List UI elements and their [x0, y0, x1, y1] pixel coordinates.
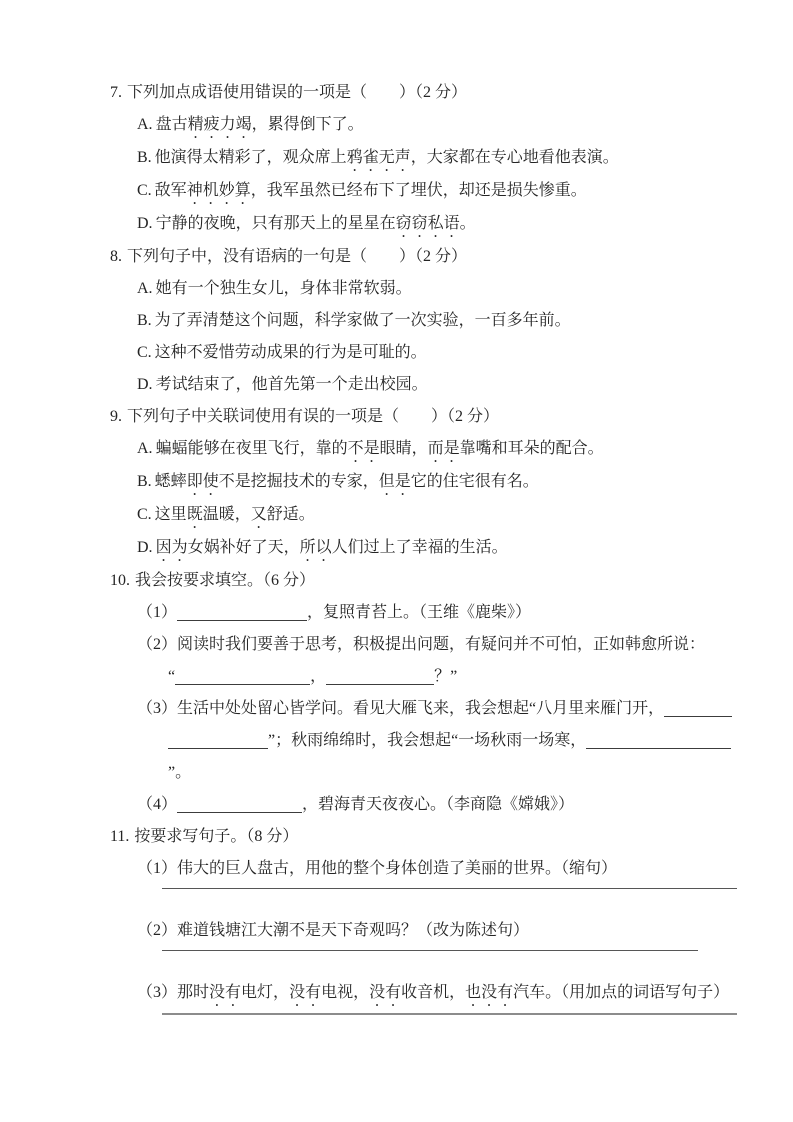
sub-item-2: （2）阅读时我们要善于思考，积极提出问题，有疑问并不可怕，正如韩愈所说：“，？”	[110, 629, 737, 693]
fill-in-blank	[664, 703, 732, 717]
option-label: C.	[137, 344, 152, 361]
option-label: B.	[137, 473, 152, 490]
emphasized-word: 既	[187, 506, 203, 523]
emphasized-word: 也没有	[465, 984, 513, 1001]
fill-in-blank	[326, 671, 434, 685]
question-number: 9.	[110, 401, 122, 433]
emphasized-word: 神机妙算	[187, 182, 251, 199]
text-run: 伟大的巨人盘古，用他的整个身体创造了美丽的世界。（缩句）	[177, 860, 617, 877]
text-run: ”。	[168, 764, 191, 781]
text-run: 那时	[177, 984, 209, 1001]
text-run: 电灯，	[241, 984, 289, 1001]
option-label: C.	[137, 182, 152, 199]
option-label: D.	[137, 376, 153, 393]
option-C: C.敌军神机妙算，我军虽然已经布下了埋伏，却还是损失惨重。	[110, 175, 737, 208]
sub-item-continuation-line: ”；秋雨绵绵时，我会想起“一场秋雨一场寒，”。	[137, 725, 737, 789]
option-B: B.蟋蟀即使不是挖掘技术的专家，但是它的住宅很有名。	[110, 466, 737, 499]
answer-writing-line	[162, 888, 737, 889]
option-C: C.这种不爱惜劳动成果的行为是可耻的。	[110, 337, 737, 369]
question-9: 9.下列句子中关联词使用有误的一项是（ ）（2 分）A.蝙蝠能够在夜里飞行，靠的…	[110, 401, 737, 565]
question-number: 11.	[110, 821, 129, 853]
sub-item-line: （2）阅读时我们要善于思考，积极提出问题，有疑问并不可怕，正如韩愈所说：	[137, 629, 737, 661]
question-stem: 9.下列句子中关联词使用有误的一项是（ ）（2 分）	[110, 401, 737, 433]
sub-item-line: （3）那时没有电灯，没有电视，没有收音机，也没有汽车。（用加点的词语写句子）	[137, 977, 737, 1010]
text-run: 不是挖掘技术的专家，	[219, 473, 379, 490]
option-label: A.	[137, 440, 153, 457]
text-run: 眼睛，	[380, 440, 428, 457]
emphasized-word: 没有	[209, 984, 241, 1001]
option-A: A.蝙蝠能够在夜里飞行，靠的不是眼睛，而是靠嘴和耳朵的配合。	[110, 433, 737, 466]
questions-area: 7.下列加点成语使用错误的一项是（ ）（2 分）A.盘古精疲力竭，累得倒下了。B…	[0, 0, 793, 1015]
sub-item-4: （4），碧海青天夜夜心。（李商隐《嫦娥》）	[110, 789, 737, 821]
option-label: A.	[137, 116, 153, 133]
option-A: A.她有一个独生女儿，身体非常软弱。	[110, 273, 737, 305]
question-stem: 8.下列句子中，没有语病的一句是（ ）（2 分）	[110, 241, 737, 273]
text-run: ，	[310, 668, 326, 685]
option-label: A.	[137, 280, 153, 297]
text-run: 人们过上了幸福的生活。	[332, 539, 508, 556]
text-run: 敌军	[155, 182, 187, 199]
option-label: D.	[137, 215, 153, 232]
emphasized-word: 没有	[289, 984, 321, 1001]
sub-item-1: （1），复照青苔上。（王维《鹿柴》）	[110, 597, 737, 629]
option-B: B.他演得太精彩了，观众席上鸦雀无声，大家都在专心地看他表演。	[110, 142, 737, 175]
text-run: 温暖，	[203, 506, 251, 523]
option-label: B.	[137, 312, 152, 329]
text-run: ，我军虽然已经布下了埋伏，却还是损失惨重。	[251, 182, 587, 199]
sub-item-label: （1）	[137, 604, 177, 621]
sub-item-2: （2）难道钱塘江大潮不是天下奇观吗？（改为陈述句）	[110, 915, 737, 951]
option-C: C.这里既温暖，又舒适。	[110, 499, 737, 532]
question-number: 8.	[110, 241, 122, 273]
text-run: 宁静的夜晚，只有那天上的星星在	[156, 215, 396, 232]
question-stem-text: 下列句子中，没有语病的一句是（ ）（2 分）	[127, 248, 467, 265]
question-8: 8.下列句子中，没有语病的一句是（ ）（2 分）A.她有一个独生女儿，身体非常软…	[110, 241, 737, 401]
text-run: ，累得倒下了。	[252, 116, 364, 133]
text-run: 这种不爱惜劳动成果的行为是可耻的。	[155, 344, 427, 361]
option-D: D.因为女娲补好了天，所以人们过上了幸福的生活。	[110, 532, 737, 565]
question-stem: 7.下列加点成语使用错误的一项是（ ）（2 分）	[110, 77, 737, 109]
question-stem-text: 按要求写句子。（8 分）	[134, 828, 298, 845]
text-run: 盘古	[156, 116, 188, 133]
sub-item-line: （4），碧海青天夜夜心。（李商隐《嫦娥》）	[137, 789, 737, 821]
text-run: 这里	[155, 506, 187, 523]
text-run: 靠嘴和耳朵的配合。	[460, 440, 604, 457]
question-10: 10.我会按要求填空。（6 分）（1），复照青苔上。（王维《鹿柴》）（2）阅读时…	[110, 565, 737, 821]
fill-in-blank	[175, 671, 310, 685]
fill-in-blank	[168, 735, 268, 749]
emphasized-word: 精疲力竭	[188, 116, 252, 133]
sub-item-label: （2）	[137, 922, 177, 939]
emphasized-word: 即使	[187, 473, 219, 490]
sub-item-line: （2）难道钱塘江大潮不是天下奇观吗？（改为陈述句）	[137, 915, 737, 947]
answer-writing-line	[162, 1013, 737, 1015]
text-run: ，大家都在专心地看他表演。	[411, 149, 619, 166]
text-run: 生活中处处留心皆学问。看见大雁飞来，我会想起“八月里来雁门开，	[177, 700, 664, 717]
sub-item-line: （3）生活中处处留心皆学问。看见大雁飞来，我会想起“八月里来雁门开，	[137, 693, 737, 725]
question-11: 11.按要求写句子。（8 分）（1）伟大的巨人盘古，用他的整个身体创造了美丽的世…	[110, 821, 737, 1015]
text-run: 为了弄清楚这个问题，科学家做了一次实验，一百多年前。	[155, 312, 571, 329]
emphasized-word: 所以	[300, 539, 332, 556]
text-run: “	[168, 668, 175, 685]
emphasized-word: 鸦雀无声	[347, 149, 411, 166]
sub-item-3: （3）生活中处处留心皆学问。看见大雁飞来，我会想起“八月里来雁门开，”；秋雨绵绵…	[110, 693, 737, 789]
option-B: B.为了弄清楚这个问题，科学家做了一次实验，一百多年前。	[110, 305, 737, 337]
text-run: 难道钱塘江大潮不是天下奇观吗？（改为陈述句）	[177, 922, 529, 939]
exam-paper-page: 7.下列加点成语使用错误的一项是（ ）（2 分）A.盘古精疲力竭，累得倒下了。B…	[0, 0, 793, 1122]
text-run: 考试结束了，他首先第一个走出校园。	[156, 376, 428, 393]
emphasized-word: 窃窃私语	[396, 215, 460, 232]
text-run: 舒适。	[267, 506, 315, 523]
sub-item-label: （3）	[137, 984, 177, 1001]
text-run: 他演得太精彩了，观众席上	[155, 149, 347, 166]
sub-item-continuation-line: “，？”	[137, 661, 737, 693]
text-run: 阅读时我们要善于思考，积极提出问题，有疑问并不可怕，正如韩愈所说：	[177, 636, 705, 653]
emphasized-word: 因为	[156, 539, 188, 556]
emphasized-word: 但是	[379, 473, 411, 490]
text-run: 汽车。（用加点的词语写句子）	[513, 984, 729, 1001]
sub-item-label: （4）	[137, 796, 177, 813]
question-number: 7.	[110, 77, 122, 109]
option-label: C.	[137, 506, 152, 523]
fill-in-blank	[177, 799, 302, 813]
text-run: ，复照青苔上。（王维《鹿柴》）	[307, 604, 531, 621]
option-D: D.宁静的夜晚，只有那天上的星星在窃窃私语。	[110, 208, 737, 241]
emphasized-word: 而是	[428, 440, 460, 457]
sub-item-line: （1）伟大的巨人盘古，用他的整个身体创造了美丽的世界。（缩句）	[137, 853, 737, 885]
option-label: D.	[137, 539, 153, 556]
emphasized-word: 不是	[348, 440, 380, 457]
question-stem-text: 下列加点成语使用错误的一项是（ ）（2 分）	[127, 84, 467, 101]
sub-item-1: （1）伟大的巨人盘古，用他的整个身体创造了美丽的世界。（缩句）	[110, 853, 737, 889]
fill-in-blank	[177, 607, 307, 621]
text-run: 女娲补好了天，	[188, 539, 300, 556]
emphasized-word: 又	[251, 506, 267, 523]
fill-in-blank	[586, 735, 731, 749]
text-run: 蟋蟀	[155, 473, 187, 490]
question-7: 7.下列加点成语使用错误的一项是（ ）（2 分）A.盘古精疲力竭，累得倒下了。B…	[110, 77, 737, 241]
text-run: ”；秋雨绵绵时，我会想起“一场秋雨一场寒，	[268, 732, 586, 749]
text-run: 收音机，	[401, 984, 465, 1001]
emphasized-word: 没有	[369, 984, 401, 1001]
question-stem-text: 我会按要求填空。（6 分）	[135, 572, 315, 589]
sub-item-label: （3）	[137, 700, 177, 717]
answer-writing-line	[162, 950, 698, 951]
text-run: 蝙蝠能够在夜里飞行，靠的	[156, 440, 348, 457]
sub-item-3: （3）那时没有电灯，没有电视，没有收音机，也没有汽车。（用加点的词语写句子）	[110, 977, 737, 1015]
question-stem-text: 下列句子中关联词使用有误的一项是（ ）（2 分）	[127, 408, 499, 425]
sub-item-line: （1），复照青苔上。（王维《鹿柴》）	[137, 597, 737, 629]
question-stem: 11.按要求写句子。（8 分）	[110, 821, 737, 853]
question-number: 10.	[110, 565, 130, 597]
option-A: A.盘古精疲力竭，累得倒下了。	[110, 109, 737, 142]
text-run: 。	[460, 215, 476, 232]
option-D: D.考试结束了，他首先第一个走出校园。	[110, 369, 737, 401]
sub-item-label: （2）	[137, 636, 177, 653]
text-run: 它的住宅很有名。	[411, 473, 539, 490]
question-stem: 10.我会按要求填空。（6 分）	[110, 565, 737, 597]
text-run: ？”	[434, 668, 457, 685]
option-label: B.	[137, 149, 152, 166]
sub-item-label: （1）	[137, 860, 177, 877]
text-run: 电视，	[321, 984, 369, 1001]
text-run: ，碧海青天夜夜心。（李商隐《嫦娥》）	[302, 796, 574, 813]
text-run: 她有一个独生女儿，身体非常软弱。	[156, 280, 412, 297]
